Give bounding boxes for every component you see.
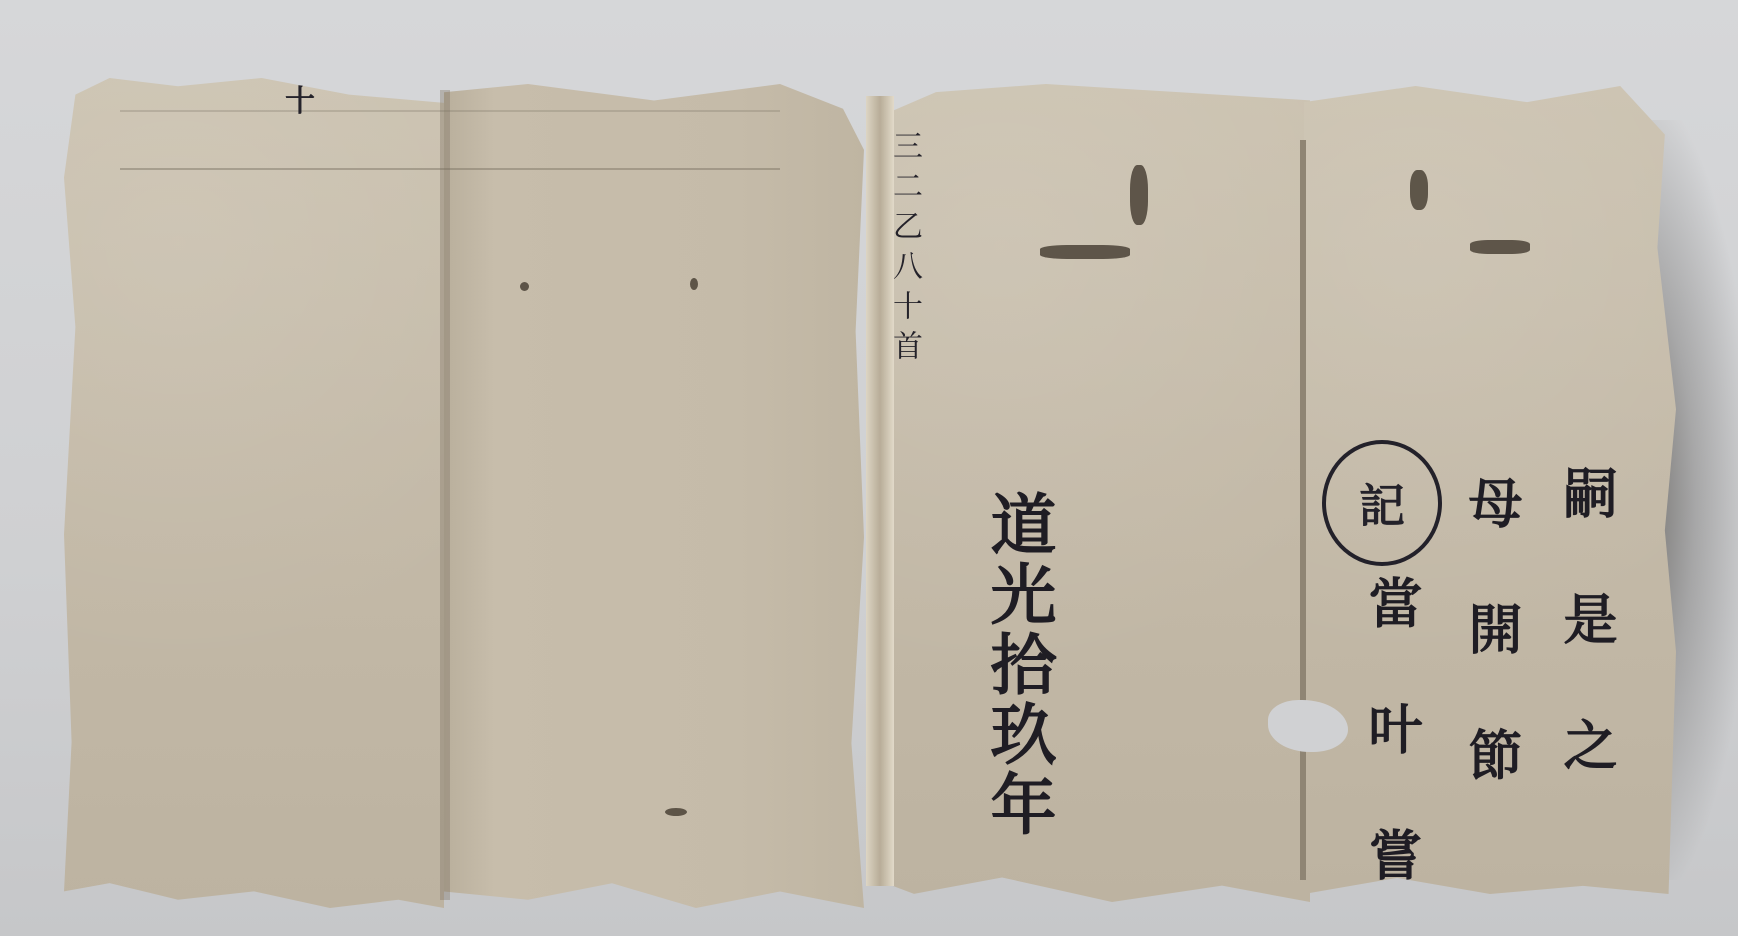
strip-text: 三二乙八十首: [882, 130, 926, 370]
wormhole: [690, 278, 698, 290]
text-column: 嗣 是 之: [1560, 465, 1614, 775]
wormhole: [1040, 245, 1130, 259]
wormhole: [1410, 170, 1428, 210]
wormhole: [1470, 240, 1530, 254]
blank-page-left: [64, 78, 444, 908]
text-column: 當 叶 嘗: [1365, 575, 1419, 885]
wormhole: [520, 282, 529, 291]
ruled-line: [120, 110, 780, 112]
manuscript-photo: 十 三二乙八十首 道光拾玖年 記 當 叶 嘗 母 開 節 嗣 是 之: [0, 0, 1738, 936]
page-edge-line: [1300, 140, 1306, 880]
era-inscription: 道光拾玖年: [985, 490, 1051, 840]
seal-character: 記: [1359, 470, 1405, 536]
circled-seal: 記: [1322, 440, 1442, 566]
blank-page-second: [444, 84, 864, 908]
margin-mark: 十: [285, 76, 315, 120]
text-column: 母 開 節: [1465, 475, 1519, 785]
wormhole: [1130, 165, 1148, 225]
wormhole: [665, 808, 687, 816]
ruled-line: [120, 168, 780, 170]
era-page: [870, 84, 1310, 902]
fold-crease: [440, 90, 450, 900]
